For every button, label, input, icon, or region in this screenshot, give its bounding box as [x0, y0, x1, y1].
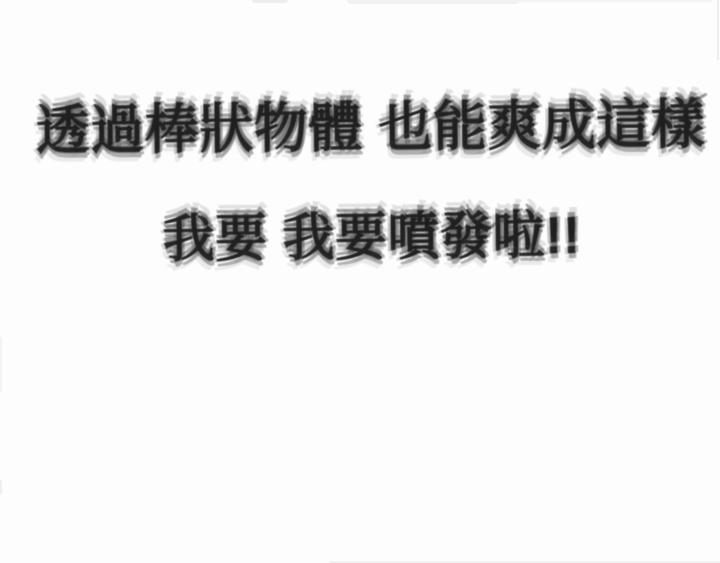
speech-text-block: 透過棒狀物體 也能爽成這樣 我要 我要噴發啦!! [9, 0, 720, 563]
scan-smudge-left-1 [0, 337, 2, 392]
speech-line-2: 我要 我要噴發啦!! [11, 209, 720, 268]
comic-page: 透過棒狀物體 也能爽成這樣 我要 我要噴發啦!! [0, 0, 720, 563]
scan-smudge-left-2 [0, 480, 2, 494]
speech-line-1: 透過棒狀物體 也能爽成這樣 [10, 98, 720, 159]
